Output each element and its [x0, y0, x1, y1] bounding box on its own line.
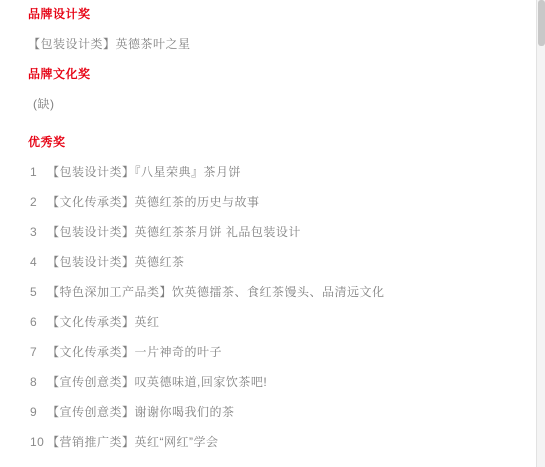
item-number: 8: [30, 376, 47, 388]
heading-excellence-award: 优秀奖: [28, 136, 510, 148]
item-text: 【文化传承类】英德红茶的历史与故事: [47, 196, 260, 208]
heading-brand-design-award: 品牌设计奖: [28, 8, 510, 20]
item-number: 3: [30, 226, 47, 238]
scrollbar-thumb[interactable]: [538, 0, 545, 46]
item-number: 6: [30, 316, 47, 328]
item-text: 【文化传承类】一片神奇的叶子: [47, 346, 222, 358]
item-number: 5: [30, 286, 47, 298]
excellence-award-list: 1 【包装设计类】『八星荣典』茶月饼 2 【文化传承类】英德红茶的历史与故事 3…: [28, 166, 510, 448]
item-text: 【特色深加工产品类】饮英德擂茶、食红茶馒头、品清远文化: [47, 286, 385, 298]
item-number: 2: [30, 196, 47, 208]
award-list-item: 5 【特色深加工产品类】饮英德擂茶、食红茶馒头、品清远文化: [30, 286, 510, 298]
item-text: 【包装设计类】『八星荣典』茶月饼: [47, 166, 241, 178]
item-text: 【文化传承类】英红: [47, 316, 160, 328]
item-text: 【营销推广类】英红“网红”学会: [47, 436, 219, 448]
item-number: 4: [30, 256, 47, 268]
award-list-item: 4 【包装设计类】英德红茶: [30, 256, 510, 268]
award-entry-brand-culture: (缺): [28, 98, 510, 110]
scrollbar[interactable]: [536, 0, 545, 467]
award-list-item: 7 【文化传承类】一片神奇的叶子: [30, 346, 510, 358]
item-text: 【包装设计类】英德红茶: [47, 256, 185, 268]
item-number: 9: [30, 406, 47, 418]
page: { "colors": { "heading_red": "#e60012", …: [0, 0, 545, 467]
award-list-item: 9 【宣传创意类】谢谢你喝我们的茶: [30, 406, 510, 418]
item-text: 【包装设计类】英德红茶茶月饼 礼品包装设计: [47, 226, 301, 238]
heading-brand-culture-award: 品牌文化奖: [28, 68, 510, 80]
item-text: 【宣传创意类】谢谢你喝我们的茶: [47, 406, 235, 418]
award-entry-brand-design: 【包装设计类】英德茶叶之星: [28, 38, 510, 50]
award-list-item: 6 【文化传承类】英红: [30, 316, 510, 328]
article-content: 品牌设计奖 【包装设计类】英德茶叶之星 品牌文化奖 (缺) 优秀奖 1 【包装设…: [0, 0, 510, 466]
award-list-item: 1 【包装设计类】『八星荣典』茶月饼: [30, 166, 510, 178]
award-list-item: 8 【宣传创意类】叹英德味道,回家饮茶吧!: [30, 376, 510, 388]
item-number: 7: [30, 346, 47, 358]
award-list-item: 10 【营销推广类】英红“网红”学会: [30, 436, 510, 448]
item-number: 10: [30, 436, 47, 448]
item-text: 【宣传创意类】叹英德味道,回家饮茶吧!: [47, 376, 267, 388]
award-list-item: 3 【包装设计类】英德红茶茶月饼 礼品包装设计: [30, 226, 510, 238]
award-list-item: 2 【文化传承类】英德红茶的历史与故事: [30, 196, 510, 208]
item-number: 1: [30, 166, 47, 178]
